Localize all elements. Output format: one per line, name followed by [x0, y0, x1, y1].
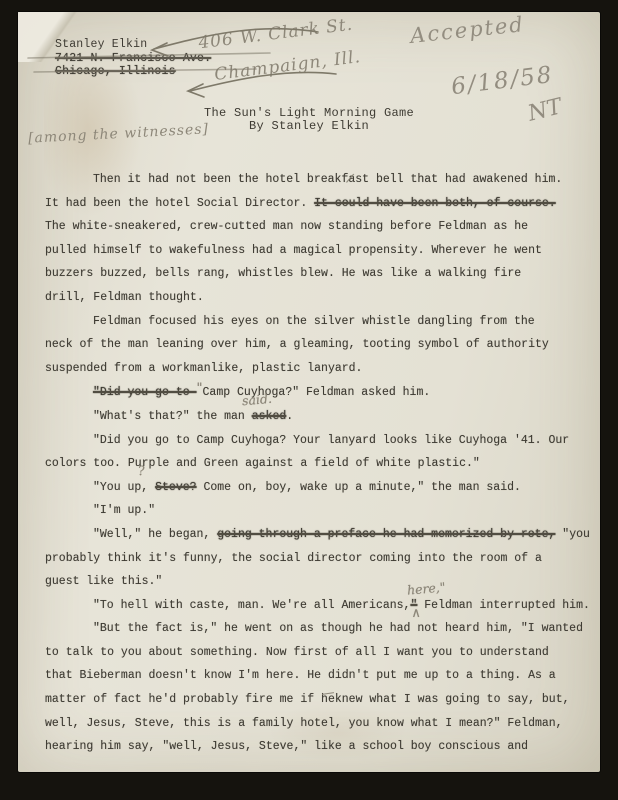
typescript-line: drill, Feldman thought. — [45, 286, 590, 310]
typed-text: "What's that?" the man — [93, 410, 252, 423]
typescript-line: "You up,? Steve? Come on, boy, wake up a… — [45, 476, 590, 500]
typed-text: Come on, boy, wake up a minute," the man… — [197, 481, 521, 494]
typescript-line: that Bieberman doesn't know I'm here. He… — [45, 664, 590, 688]
typescript-line: "But the fact is," he went on as though … — [45, 617, 590, 641]
typescript-line: "I'm up." — [45, 499, 590, 523]
typed-text: "I'm up." — [93, 504, 155, 517]
typed-text: "But the fact is," he went on as though … — [93, 622, 583, 635]
address-line-street-struck: 7421 N. Francisco Ave. — [55, 52, 211, 66]
corrected-letter: a∕ — [348, 173, 355, 186]
author-address-block: Stanley Elkin 7421 N. Francisco Ave. Chi… — [55, 38, 211, 79]
struck-text: going through a preface he had memorized… — [217, 528, 555, 541]
pencil-overstrike-mark: ∕ — [346, 167, 356, 191]
typescript-line: pulled himself to wakefulness had a magi… — [45, 239, 590, 263]
typed-text: hearing him say, "well, Jesus, Steve," l… — [45, 740, 528, 753]
typed-text: It had been the hotel Social Director. — [45, 197, 314, 210]
typed-text: st bell that had awakened him. — [355, 173, 562, 186]
typed-text: "you — [555, 528, 590, 541]
typed-text: suspended from a workmanlike, plastic la… — [45, 362, 362, 375]
typescript-body: Then it had not been the hotel breakfa∕s… — [45, 168, 590, 759]
typescript-line: "Well," he began, going through a prefac… — [45, 523, 590, 547]
typed-text: Camp Cuyhoga?" Feldman asked him. — [203, 386, 431, 399]
typescript-line: to talk to you about something. Now firs… — [45, 641, 590, 665]
typed-text: neck of the man leaning over him, a glea… — [45, 338, 549, 351]
typed-text: colors too. Purple and Green against a f… — [45, 457, 480, 470]
typescript-line: The white-sneakered, crew-cutted man now… — [45, 215, 590, 239]
typed-text: buzzers buzzed, bells rang, whistles ble… — [45, 267, 521, 280]
typescript-line: suspended from a workmanlike, plastic la… — [45, 357, 590, 381]
typed-text: to talk to you about something. Now firs… — [45, 646, 549, 659]
typescript-line: colors too. Purple and Green against a f… — [45, 452, 590, 476]
handwritten-insertion: said. — [241, 387, 273, 413]
typed-text: guest like this." — [45, 575, 162, 588]
typescript-line: matter of fact he'd probably fire me if … — [45, 688, 590, 712]
typescript-line: "Did you go to "Camp Cuyhoga?" Feldman a… — [45, 380, 590, 405]
typed-text: "To hell with caste, man. We're all Amer… — [93, 599, 410, 612]
typed-text: well, Jesus, Steve, this is a family hot… — [45, 717, 563, 730]
typescript-line: buzzers buzzed, bells rang, whistles ble… — [45, 262, 590, 286]
story-title: The Sun's Light Morning Game — [18, 106, 600, 120]
typed-text: probably think it's funny, the social di… — [45, 552, 542, 565]
typed-text: "Well," he began, — [93, 528, 217, 541]
typescript-line: neck of the man leaning over him, a glea… — [45, 333, 590, 357]
typed-text: The white-sneakered, crew-cutted man now… — [45, 220, 528, 233]
typescript-line: guest like this." — [45, 570, 590, 594]
address-line-city-struck: Chicago, Illinois — [55, 65, 211, 79]
typescript-line: well, Jesus, Steve, this is a family hot… — [45, 712, 590, 736]
typed-text: drill, Feldman thought. — [45, 291, 204, 304]
typescript-line: Then it had not been the hotel breakfa∕s… — [45, 168, 590, 192]
handwritten-mark: " — [197, 381, 203, 396]
typed-text: matter of fact he'd probably fire me if — [45, 693, 321, 706]
insertion-caret-icon: ∧ — [411, 602, 421, 626]
marked-word: he — [321, 693, 335, 706]
accepted-annotation: Accepted — [409, 12, 526, 48]
handwritten-city: Champaign, Ill. — [213, 47, 362, 85]
typed-text: Then it had not been the hotel breakf — [93, 173, 348, 186]
typescript-line: probably think it's funny, the social di… — [45, 547, 590, 571]
typed-text: knew what I was going to say, but, — [335, 693, 570, 706]
typescript-line: "To hell with caste, man. We're all Amer… — [45, 594, 590, 618]
struck-text: asked — [252, 410, 287, 423]
typescript-line: It had been the hotel Social Director. I… — [45, 192, 590, 216]
handwritten-insertion: here," — [406, 576, 446, 603]
typescript-line: hearing him say, "well, Jesus, Steve," l… — [45, 735, 590, 759]
address-line-name: Stanley Elkin — [55, 38, 211, 52]
typed-text: pulled himself to wakefulness had a magi… — [45, 244, 542, 257]
typescript-line: Feldman focused his eyes on the silver w… — [45, 310, 590, 334]
struck-text: "Did you go to — [93, 386, 197, 399]
typescript-line: "Did you go to Camp Cuyhoga? Your lanyar… — [45, 429, 590, 453]
typed-text: . — [286, 410, 293, 423]
struck-text: It could have been both, of course. — [314, 197, 556, 210]
scanned-manuscript: { "page": { "background": "#15130e", "pa… — [0, 0, 618, 800]
typescript-line: "What's that?" the man said.asked. — [45, 405, 590, 429]
handwritten-street: 406 W. Clark St. — [197, 15, 354, 54]
date-annotation: 6/18/58 — [450, 62, 555, 100]
typed-text: that Bieberman doesn't know I'm here. He… — [45, 669, 556, 682]
typed-text: "Did you go to Camp Cuyhoga? Your lanyar… — [93, 434, 569, 447]
struck-text: Steve? — [155, 481, 196, 494]
manuscript-page: Stanley Elkin 7421 N. Francisco Ave. Chi… — [18, 12, 600, 772]
typed-text: Feldman focused his eyes on the silver w… — [93, 315, 535, 328]
typed-text: Feldman interrupted him. — [417, 599, 590, 612]
